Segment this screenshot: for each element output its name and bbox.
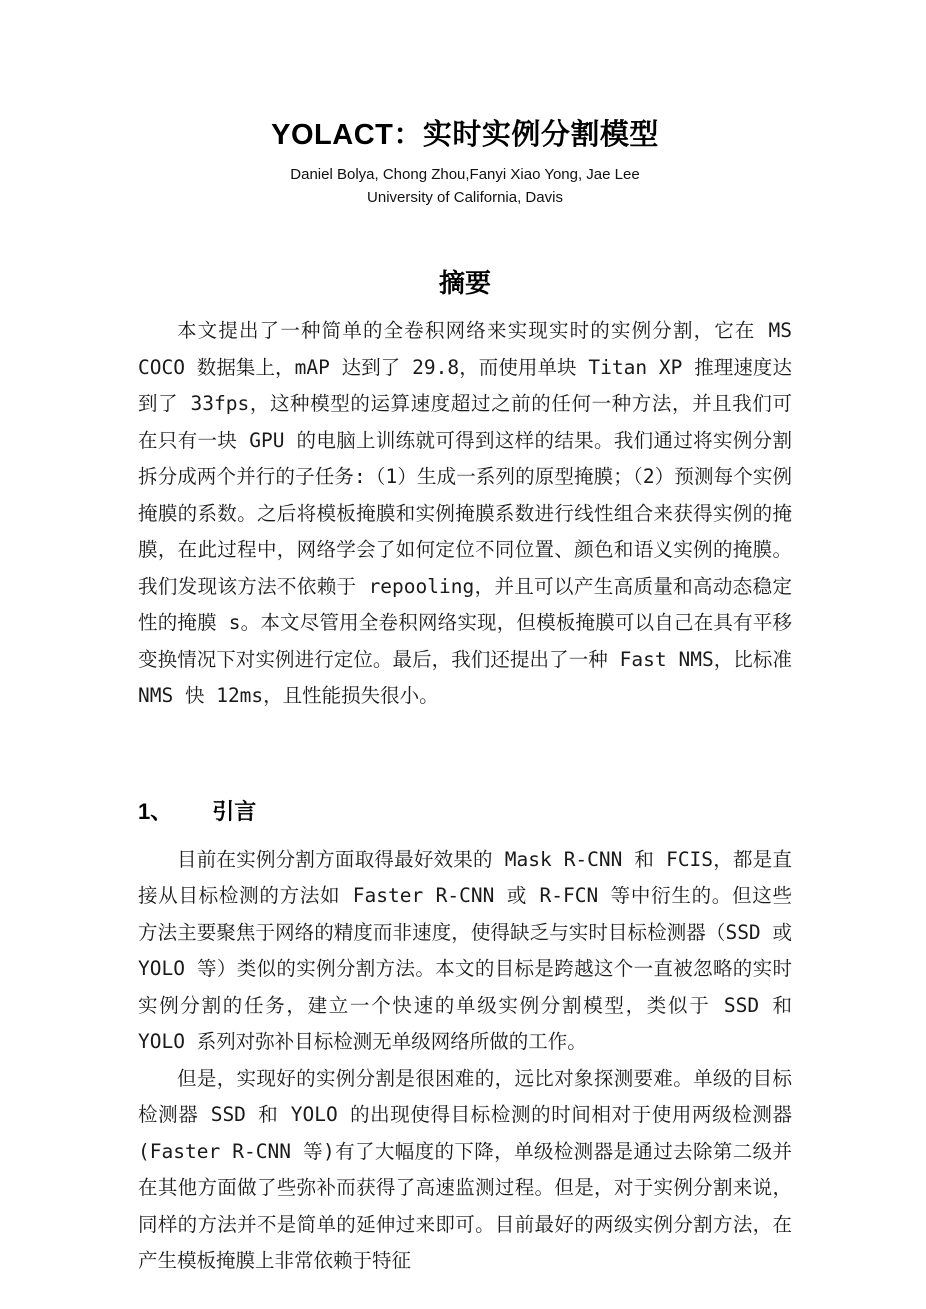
intro-paragraph-2: 但是，实现好的实例分割是很困难的，远比对象探测要难。单级的目标检测器 SSD 和… [138, 1061, 792, 1280]
section-number: 1、 [138, 799, 172, 824]
authors-line: Daniel Bolya, Chong Zhou,Fanyi Xiao Yong… [138, 166, 792, 183]
document-page: YOLACT：实时实例分割模型 Daniel Bolya, Chong Zhou… [0, 0, 926, 1309]
affiliation-line: University of California, Davis [138, 189, 792, 206]
intro-paragraph-1: 目前在实例分割方面取得最好效果的 Mask R-CNN 和 FCIS，都是直接从… [138, 842, 792, 1061]
section-1-heading: 1、引言 [138, 795, 792, 826]
abstract-paragraph: 本文提出了一种简单的全卷积网络来实现实时的实例分割，它在 MS COCO 数据集… [138, 313, 792, 715]
abstract-heading: 摘要 [138, 263, 792, 300]
paper-title: YOLACT：实时实例分割模型 [138, 0, 792, 153]
section-title: 引言 [212, 799, 256, 824]
